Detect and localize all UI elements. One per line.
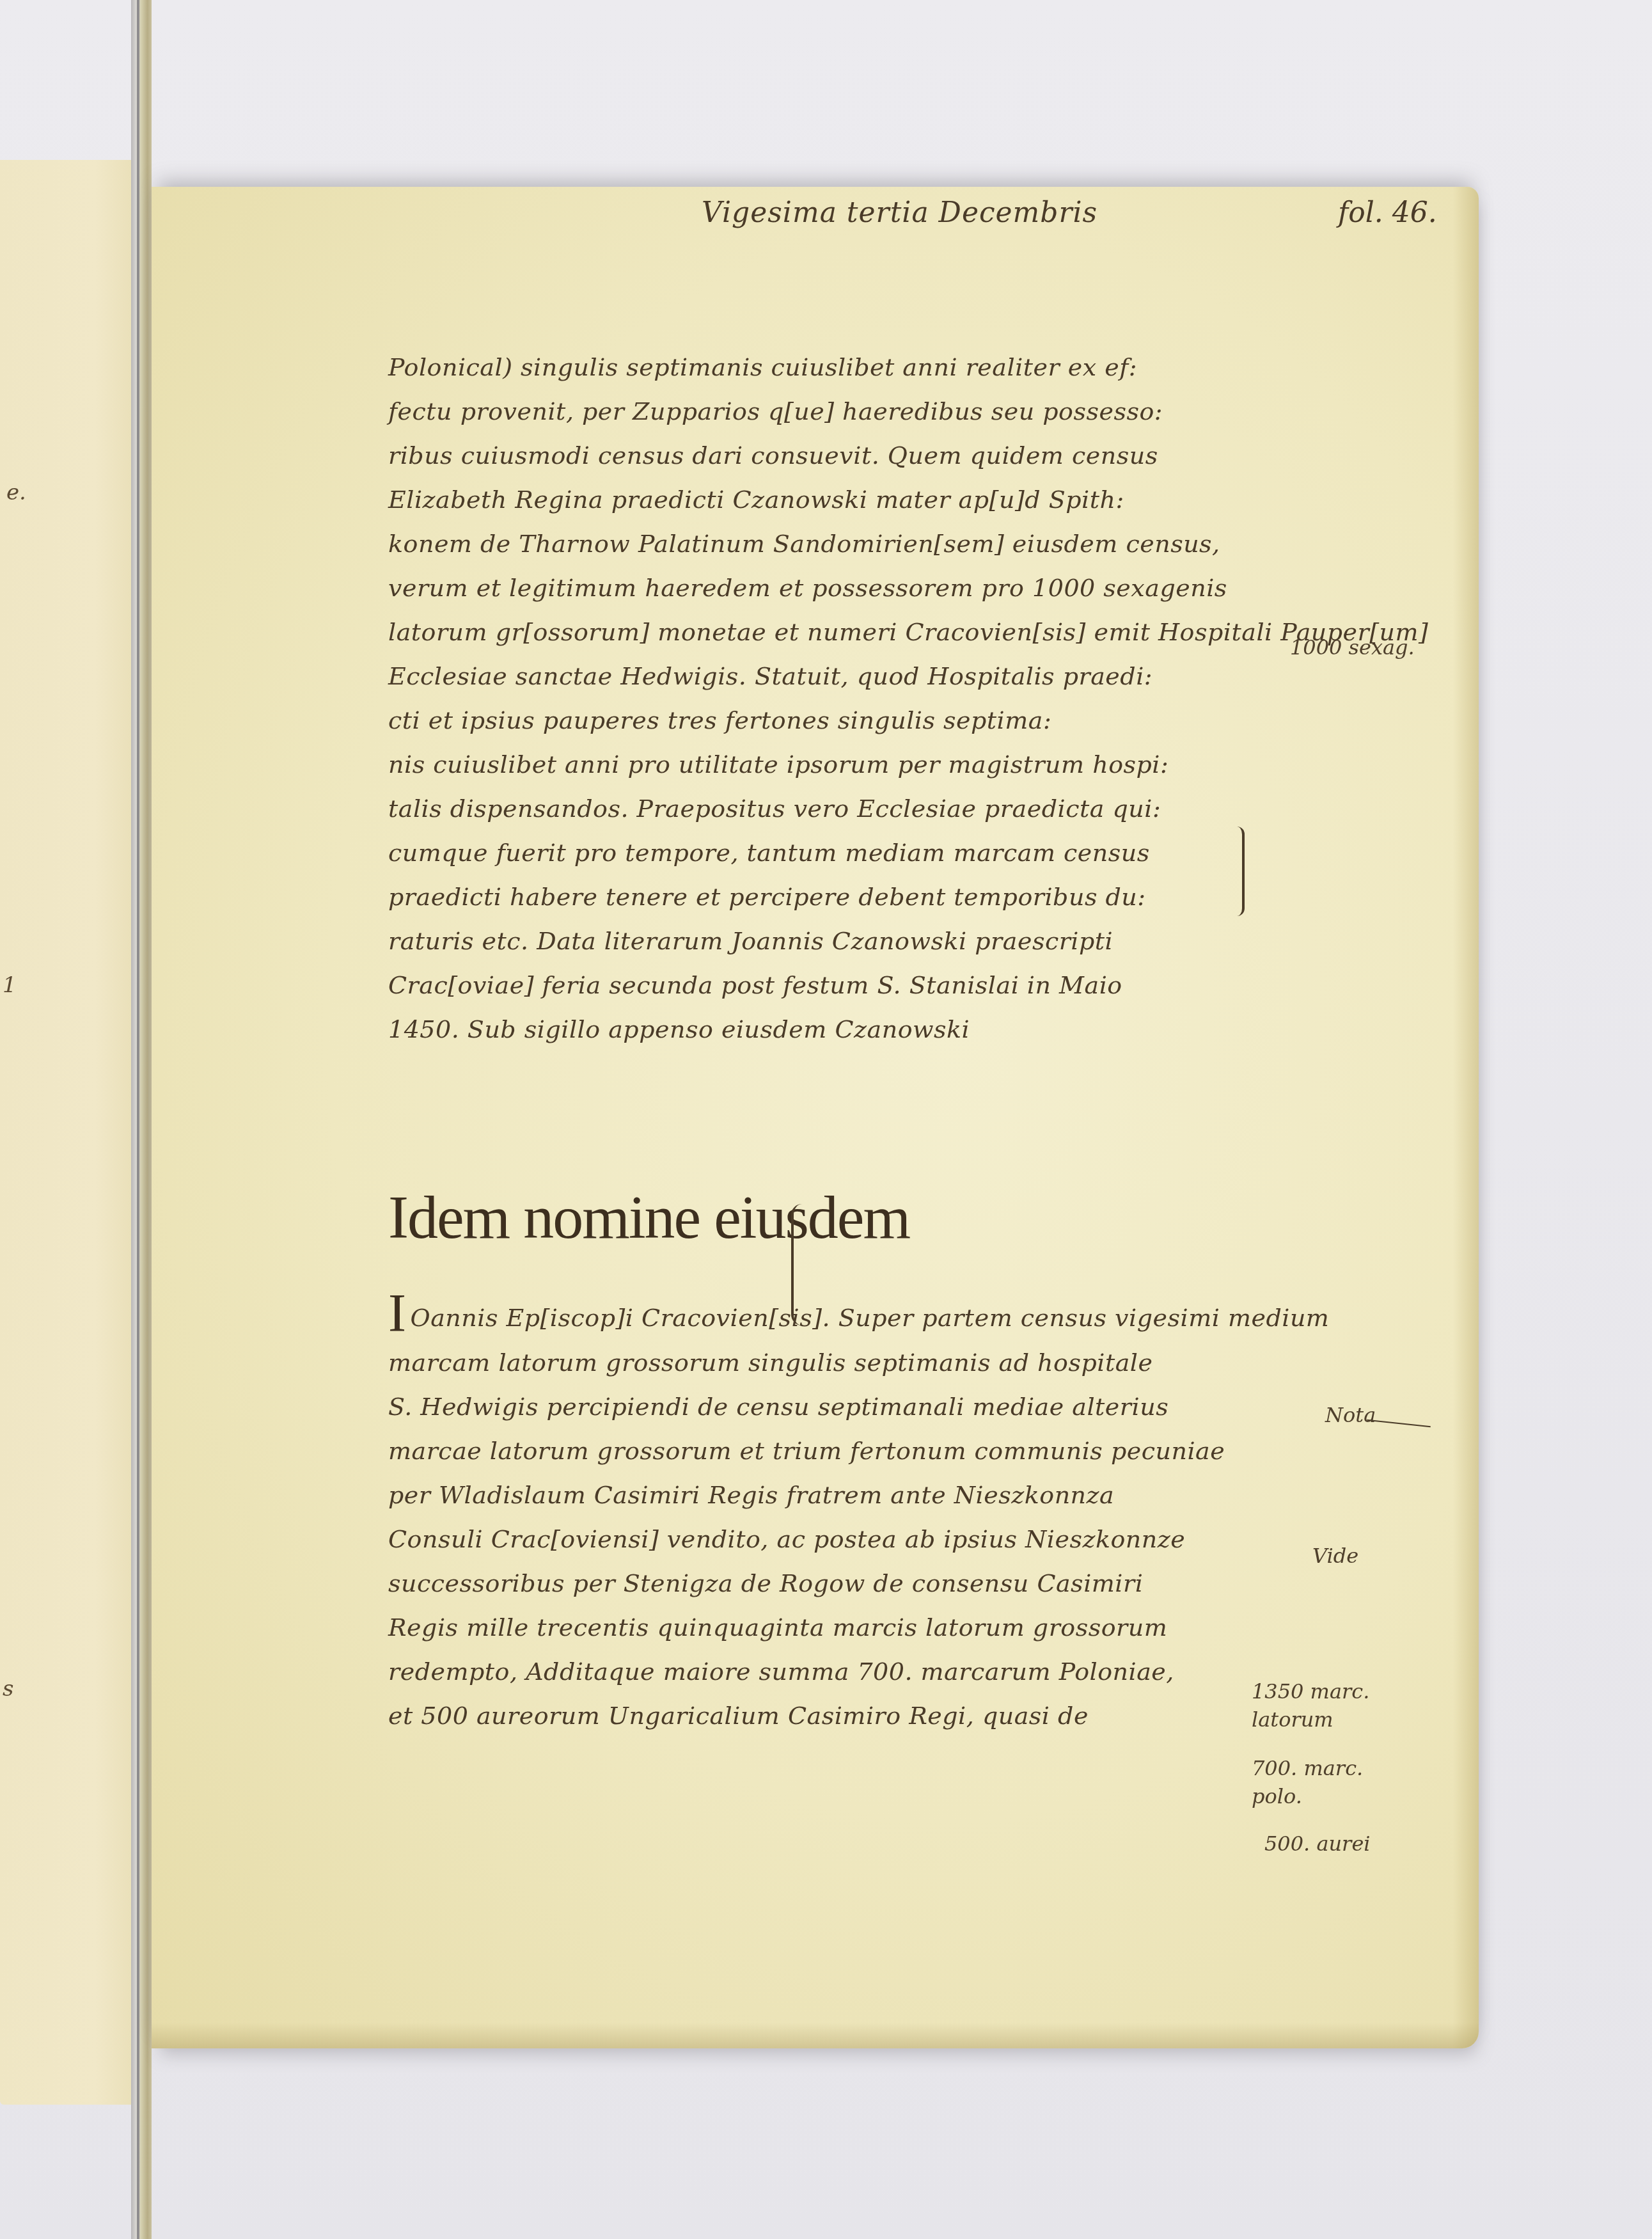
- text-line: S. Hedwigis percipiendi de censu septima…: [388, 1385, 1348, 1429]
- text-line: per Wladislaum Casimiri Regis fratrem an…: [388, 1473, 1348, 1517]
- left-page-mark: e.: [6, 480, 26, 505]
- text-line: raturis etc. Data literarum Joannis Czan…: [388, 919, 1348, 963]
- text-line: successoribus per Stenigza de Rogow de c…: [388, 1562, 1348, 1606]
- text-line: Ecclesiae sanctae Hedwigis. Statuit, quo…: [388, 654, 1348, 699]
- text-line: marcae latorum grossorum et trium ferton…: [388, 1429, 1348, 1473]
- text-line: redempto, Additaque maiore summa 700. ma…: [388, 1650, 1348, 1694]
- text-line: cumque fuerit pro tempore, tantum mediam…: [388, 831, 1348, 875]
- text-line: marcam latorum grossorum singulis septim…: [388, 1341, 1348, 1385]
- text-line: Crac[oviae] feria secunda post festum S.…: [388, 963, 1348, 1008]
- margin-note: 1350 marc. latorum: [1252, 1677, 1405, 1734]
- text-line: Consuli Crac[oviensi] vendito, ac postea…: [388, 1517, 1348, 1562]
- text-line: latorum gr[ossorum] monetae et numeri Cr…: [388, 610, 1348, 654]
- section-heading: Idem nomine eiusdem: [388, 1182, 909, 1253]
- left-page-mark: s: [3, 1676, 13, 1702]
- text-line: Regis mille trecentis quinquaginta marci…: [388, 1606, 1348, 1650]
- left-page-mark: 1: [3, 972, 17, 998]
- text-line: 1450. Sub sigillo appenso eiusdem Czanow…: [388, 1008, 1348, 1052]
- text-line: konem de Tharnow Palatinum Sandomirien[s…: [388, 522, 1348, 566]
- margin-note: 500. aurei: [1264, 1831, 1371, 1856]
- text-line: verum et legitimum haeredem et possessor…: [388, 566, 1348, 610]
- text-line: cti et ipsius pauperes tres fertones sin…: [388, 699, 1348, 743]
- text-line: et 500 aureorum Ungaricalium Casimiro Re…: [388, 1694, 1348, 1738]
- manuscript-page: Vigesima tertia Decembris fol. 46. Polon…: [152, 187, 1479, 2048]
- page-edge-shading: [152, 2023, 1479, 2048]
- text-line: praedicti habere tenere et percipere deb…: [388, 875, 1348, 919]
- text-line: talis dispensandos. Praepositus vero Ecc…: [388, 787, 1348, 831]
- text-line: nis cuiuslibet anni pro utilitate ipsoru…: [388, 743, 1348, 787]
- margin-bracket: [1229, 827, 1245, 916]
- margin-note: 1000 sexag.: [1290, 635, 1415, 660]
- section-1-text: Polonical) singulis septimanis cuiuslibe…: [388, 345, 1348, 1052]
- margin-note: Nota: [1325, 1402, 1376, 1428]
- text-line: ribus cuiusmodi census dari consuevit. Q…: [388, 434, 1348, 478]
- margin-note: Vide: [1312, 1543, 1358, 1569]
- gutter-fold-line: [137, 0, 139, 2239]
- text-line: fectu provenit, per Zupparios q[ue] haer…: [388, 390, 1348, 434]
- text-line-with-initial: IOannis Ep[iscop]i Cracovien[sis]. Super…: [388, 1287, 1348, 1341]
- book-gutter: [131, 0, 152, 2239]
- text-line: Oannis Ep[iscop]i Cracovien[sis]. Super …: [410, 1304, 1329, 1332]
- text-line: Polonical) singulis septimanis cuiuslibe…: [388, 345, 1348, 390]
- decorated-initial: I: [388, 1284, 406, 1343]
- section-2-text: IOannis Ep[iscop]i Cracovien[sis]. Super…: [388, 1287, 1348, 1738]
- margin-note: 700. marc. polo.: [1252, 1754, 1380, 1810]
- previous-page-strip: e. 1 s: [0, 160, 136, 2105]
- text-line: Elizabeth Regina praedicti Czanowski mat…: [388, 478, 1348, 522]
- running-header: Vigesima tertia Decembris: [702, 196, 1097, 229]
- folio-number: fol. 46.: [1338, 196, 1437, 229]
- margin-pointer-line: [1367, 1420, 1431, 1427]
